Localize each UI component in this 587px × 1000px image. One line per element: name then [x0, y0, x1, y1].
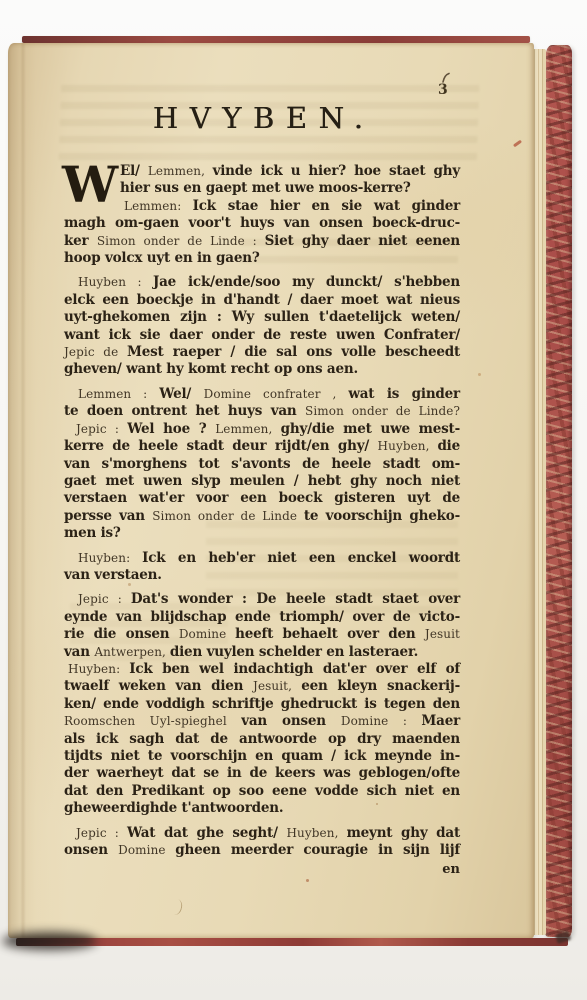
paragraph: Jepic : Wel hoe ? Lemmen, ghy/die met uw… — [64, 421, 460, 543]
text-line: gheweerdighde t'antwoorden. — [64, 800, 460, 817]
blackletter-text: Ick stae hier en sie wat ginder — [193, 198, 460, 214]
roman-text: Jepic de — [64, 345, 127, 359]
blackletter-text: hier sus en gaept met uwe moos-kerre? — [120, 180, 411, 196]
text-line: uyt-ghekomen zijn : Wy sullen t'daetelij… — [64, 309, 460, 326]
text-line: hoop volcx uyt en in gaen? — [64, 250, 460, 267]
text-line: twaelf weken van dien Jesuit, een kleyn … — [64, 678, 460, 695]
blackletter-text: te voorschijn gheko- — [304, 508, 460, 524]
pen-mark — [168, 898, 184, 916]
blackletter-text: die — [437, 438, 460, 454]
marbled-fore-edge — [545, 45, 572, 937]
blackletter-text: Wat dat ghe seght/ — [127, 825, 287, 841]
blackletter-text: Mest raeper / die sal ons volle bescheed… — [127, 344, 460, 360]
text-line: Huyben: Ick ben wel indachtigh dat'er ov… — [64, 661, 460, 678]
blackletter-text: dat den Predikant op soo eene vodde sich… — [64, 783, 460, 799]
text-line: onsen Domine gheen meerder couragie in s… — [64, 842, 460, 859]
roman-text: Domine : — [341, 714, 422, 728]
page-edge-stack — [532, 49, 546, 935]
roman-text: Simon onder de Linde : — [97, 234, 265, 248]
blackletter-text: hoop volcx uyt en in gaen? — [64, 250, 260, 266]
blackletter-text: wat is ginder — [348, 386, 460, 402]
text-line: rie die onsen Domine heeft behaelt over … — [64, 626, 460, 643]
roman-text: Huyben: — [78, 551, 142, 565]
text-line: der waerheyt dat se in de keers was gebl… — [64, 765, 460, 782]
blackletter-text: van — [64, 644, 94, 660]
roman-text: Lemmen : — [78, 387, 159, 401]
text-line: Jepic : Dat's wonder : De heele stadt st… — [64, 591, 460, 608]
blackletter-text: Jae ick/ende/soo my dunckt/ s'hebben — [153, 274, 460, 290]
roman-text: Domine — [179, 627, 235, 641]
text-line: want ick sie daer onder de reste uwen Co… — [64, 327, 460, 344]
blackletter-text: gheven/ want hy komt recht op ons aen. — [64, 361, 358, 377]
roman-text: Simon onder de Linde? — [305, 404, 460, 418]
blackletter-text: een kleyn snackerij- — [301, 678, 460, 694]
binding-shadow — [2, 932, 97, 950]
blackletter-text: men is? — [64, 525, 121, 541]
text-line: verstaen wat'er voor een boeck gisteren … — [64, 490, 460, 507]
foxing-spot — [513, 140, 522, 148]
photo-backdrop: { "page": { "number": "3", "title": "HVY… — [0, 0, 587, 1000]
blackletter-text: onsen — [64, 842, 118, 858]
blackletter-text: El/ — [120, 163, 148, 179]
text-line: gaet met uwen slyp meulen / hebt ghy noc… — [64, 473, 460, 490]
blackletter-text: Wel/ — [159, 386, 203, 402]
text-line: Lemmen : Wel/ Domine confrater , wat is … — [64, 386, 460, 403]
text-line: Roomschen Uyl-spieghel van onsen Domine … — [64, 713, 460, 730]
blackletter-text: rie die onsen — [64, 626, 179, 642]
roman-text: Roomschen Uyl-spieghel — [64, 714, 241, 728]
blackletter-text: Siet ghy daer niet eenen — [265, 233, 460, 249]
roman-text: Domine confrater , — [204, 387, 349, 401]
gutter-crease — [22, 43, 25, 938]
blackletter-text: persse van — [64, 508, 152, 524]
blackletter-text: Dat's wonder : De heele stadt staet over — [131, 591, 460, 607]
blackletter-text: te doen ontrent het huys van — [64, 403, 305, 419]
roman-text: Huyben: — [68, 662, 129, 676]
blackletter-text: vinde ick u hier? hoe staet ghy — [213, 163, 460, 179]
text-line: elck een boeckje in d'handt / daer moet … — [64, 292, 460, 309]
roman-text: Simon onder de Linde — [152, 509, 304, 523]
paragraph: Jepic : Dat's wonder : De heele stadt st… — [64, 591, 460, 661]
text-line: men is? — [64, 525, 460, 542]
blackletter-text: ghy/die met uwe mest- — [281, 421, 460, 437]
text-line: tijdts niet te voorschijn en quam / ick … — [64, 748, 460, 765]
paragraph: WEl/ Lemmen, vinde ick u hier? hoe staet… — [64, 163, 460, 198]
roman-text: Antwerpen, — [94, 645, 170, 659]
paragraph: Jepic : Wat dat ghe seght/ Huyben, meynt… — [64, 825, 460, 860]
paragraph: Huyben: Ick en heb'er niet een enckel wo… — [64, 550, 460, 585]
body-text: WEl/ Lemmen, vinde ick u hier? hoe staet… — [64, 163, 460, 879]
roman-text: Lemmen, — [148, 164, 213, 178]
blackletter-text: meynt ghy dat — [347, 825, 460, 841]
paragraph: Huyben : Jae ick/ende/soo my dunckt/ s'h… — [64, 274, 460, 378]
roman-text: Huyben : — [78, 275, 153, 289]
book: 3 HVYBEN. WEl/ Lemmen, vinde ick u hier?… — [8, 36, 572, 946]
text-line: als ick sagh dat de antwoorde op dry mae… — [64, 731, 460, 748]
blackletter-text: ken/ ende voddigh schriftje ghedruckt is… — [64, 696, 460, 712]
blackletter-text: der waerheyt dat se in de keers was gebl… — [64, 765, 460, 781]
roman-text: Lemmen, — [215, 422, 280, 436]
blackletter-text: tijdts niet te voorschijn en quam / ick … — [64, 748, 460, 764]
roman-text: Jepic : — [78, 592, 131, 606]
blackletter-text: heeft behaelt over den — [235, 626, 425, 642]
blackletter-text: van onsen — [241, 713, 341, 729]
blackletter-text: gaet met uwen slyp meulen / hebt ghy noc… — [64, 473, 460, 489]
roman-text: Domine — [118, 843, 175, 857]
text-line: van verstaen. — [64, 567, 460, 584]
blackletter-text: eynde van blijdschap ende triomph/ over … — [64, 609, 460, 625]
blackletter-text: magh om-gaen voor't huys van onsen boeck… — [64, 215, 460, 231]
paragraph: Huyben: Ick ben wel indachtigh dat'er ov… — [64, 661, 460, 818]
roman-text: Jepic : — [76, 422, 127, 436]
text-line: Huyben : Jae ick/ende/soo my dunckt/ s'h… — [64, 274, 460, 291]
page-number: 3 — [438, 82, 448, 98]
paragraph: Lemmen : Wel/ Domine confrater , wat is … — [64, 386, 460, 421]
blackletter-text: Ick en heb'er niet een enckel woordt — [142, 550, 460, 566]
roman-text: Huyben, — [378, 439, 438, 453]
text-line: dat den Predikant op soo eene vodde sich… — [64, 783, 460, 800]
text-line: Jepic : Wel hoe ? Lemmen, ghy/die met uw… — [64, 421, 460, 438]
roman-text: Jesuit — [425, 627, 460, 641]
blackletter-text: Ick ben wel indachtigh dat'er over elf o… — [129, 661, 460, 677]
blackletter-text: gheen meerder couragie in sijn lijf — [175, 842, 460, 858]
catchword: en — [64, 861, 460, 878]
blackletter-text: want ick sie daer onder de reste uwen Co… — [64, 327, 460, 343]
text-line: magh om-gaen voor't huys van onsen boeck… — [64, 215, 460, 232]
text-line: Jepic : Wat dat ghe seght/ Huyben, meynt… — [64, 825, 460, 842]
text-line: El/ Lemmen, vinde ick u hier? hoe staet … — [64, 163, 460, 180]
text-line: eynde van blijdschap ende triomph/ over … — [64, 609, 460, 626]
blackletter-text: gheweerdighde t'antwoorden. — [64, 800, 283, 816]
page-title: HVYBEN. — [48, 101, 468, 135]
text-line: Huyben: Ick en heb'er niet een enckel wo… — [64, 550, 460, 567]
cover-top-edge — [22, 36, 530, 43]
blackletter-text: ker — [64, 233, 97, 249]
paragraph: Lemmen: Ick stae hier en sie wat ginderm… — [64, 198, 460, 268]
text-line: persse van Simon onder de Linde te voors… — [64, 508, 460, 525]
blackletter-text: verstaen wat'er voor een boeck gisteren … — [64, 490, 460, 506]
roman-text: Huyben, — [286, 826, 346, 840]
blackletter-text: Maer — [421, 713, 460, 729]
blackletter-text: als ick sagh dat de antwoorde op dry mae… — [64, 731, 460, 747]
text-line: Lemmen: Ick stae hier en sie wat ginder — [64, 198, 460, 215]
roman-text: Jesuit, — [253, 679, 301, 693]
text-line: hier sus en gaept met uwe moos-kerre? — [64, 180, 460, 197]
blackletter-text: dien vuylen schelder en lasteraer. — [170, 644, 418, 660]
blackletter-text: uyt-ghekomen zijn : Wy sullen t'daetelij… — [64, 309, 460, 325]
roman-text: Lemmen: — [124, 199, 193, 213]
gutter-shadow — [8, 43, 70, 938]
blackletter-text: twaelf weken van dien — [64, 678, 253, 694]
blackletter-text: van s'morghens tot s'avonts de heele sta… — [64, 456, 460, 472]
blackletter-text: kerre de heele stadt deur rijdt/en ghy/ — [64, 438, 378, 454]
text-line: ken/ ende voddigh schriftje ghedruckt is… — [64, 696, 460, 713]
cover-bottom-edge — [16, 938, 568, 946]
book-page: 3 HVYBEN. WEl/ Lemmen, vinde ick u hier?… — [8, 43, 534, 938]
blackletter-text: elck een boeckje in d'handt / daer moet … — [64, 292, 460, 308]
foxing-spot — [306, 879, 309, 882]
roman-text: Jepic : — [76, 826, 127, 840]
text-line: Jepic de Mest raeper / die sal ons volle… — [64, 344, 460, 361]
text-line: te doen ontrent het huys van Simon onder… — [64, 403, 460, 420]
blackletter-text: van verstaen. — [64, 567, 162, 583]
text-line: gheven/ want hy komt recht op ons aen. — [64, 361, 460, 378]
text-line: ker Simon onder de Linde : Siet ghy daer… — [64, 233, 460, 250]
text-line: kerre de heele stadt deur rijdt/en ghy/ … — [64, 438, 460, 455]
text-line: van s'morghens tot s'avonts de heele sta… — [64, 456, 460, 473]
text-line: van Antwerpen, dien vuylen schelder en l… — [64, 644, 460, 661]
foxing-spot — [478, 373, 481, 376]
blackletter-text: Wel hoe ? — [127, 421, 215, 437]
